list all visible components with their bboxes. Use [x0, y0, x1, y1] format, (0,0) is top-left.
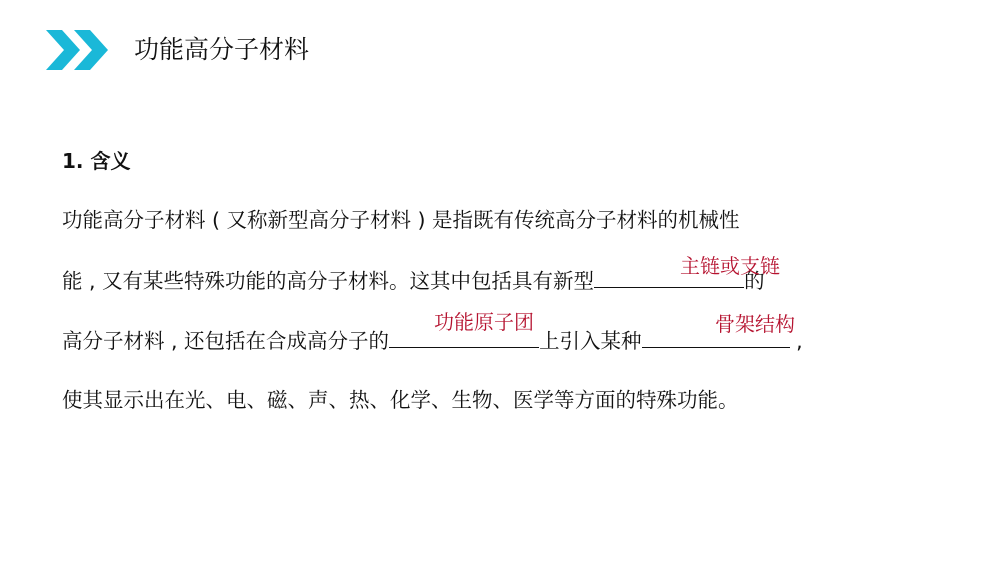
line-text: 能 , 又有某些特殊功能的高分子材料。这其中包括具有新型 — [62, 269, 594, 293]
slide-title: 功能高分子材料 — [134, 32, 309, 68]
paragraph-line-1: 功能高分子材料 ( 又称新型高分子材料 ) 是指既有传统高分子材料的机械性 — [62, 205, 740, 235]
answer-blank-1: 主链或支链 — [680, 252, 780, 280]
line-text: 高分子材料 , 还包括在合成高分子的 — [62, 329, 389, 353]
paragraph-line-2: 能 , 又有某些特殊功能的高分子材料。这其中包括具有新型的 — [62, 265, 765, 296]
double-chevron-right-icon — [46, 30, 114, 70]
section-heading: 1. 含义 — [62, 146, 130, 176]
slide-header — [46, 30, 114, 70]
paragraph-line-3: 高分子材料 , 还包括在合成高分子的上引入某种 , — [62, 325, 803, 356]
paragraph-line-4: 使其显示出在光、电、磁、声、热、化学、生物、医学等方面的特殊功能。 — [62, 385, 739, 415]
answer-blank-3: 骨架结构 — [715, 310, 795, 338]
line-text: 上引入某种 — [539, 329, 642, 353]
answer-blank-2: 功能原子团 — [434, 308, 534, 336]
